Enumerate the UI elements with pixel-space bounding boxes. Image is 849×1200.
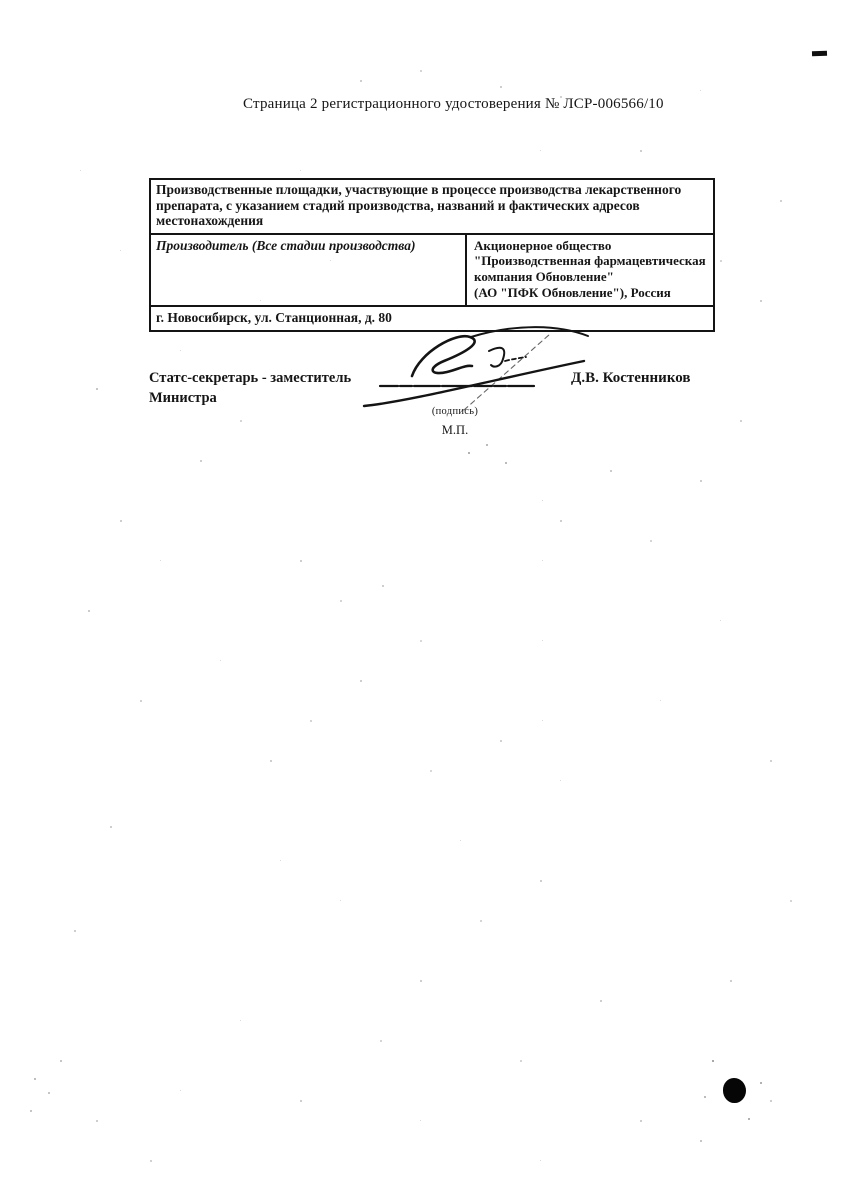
official-name: Д.В. Костенников	[571, 370, 691, 387]
production-sites-table: Производственные площадки, участвующие в…	[149, 178, 715, 332]
hole-punch-mark	[723, 1078, 746, 1103]
signature-scribble	[352, 320, 602, 415]
seal-abbreviation: М.П.	[380, 423, 530, 438]
scanned-document-page: Страница 2 регистрационного удостоверени…	[0, 0, 849, 1200]
manufacturer-label-cell: Производитель (Все стадии производства)	[151, 235, 467, 305]
page-header: Страница 2 регистрационного удостоверени…	[243, 96, 664, 113]
value-line: (АО "ПФК Обновление"), Россия	[474, 285, 709, 301]
value-line: компания Обновление"	[474, 269, 709, 285]
scan-mark-dash	[812, 51, 827, 57]
scan-noise-light	[0, 0, 1, 1]
value-line: "Производственная фармацевтическая	[474, 253, 709, 269]
signature-caption: (подпись)	[380, 406, 530, 417]
value-line: Акционерное общество	[474, 238, 709, 254]
manufacturer-value-cell: Акционерное общество "Производственная ф…	[467, 235, 713, 305]
table-row: Производитель (Все стадии производства) …	[151, 235, 713, 307]
table-header-cell: Производственные площадки, участвующие в…	[151, 180, 713, 235]
